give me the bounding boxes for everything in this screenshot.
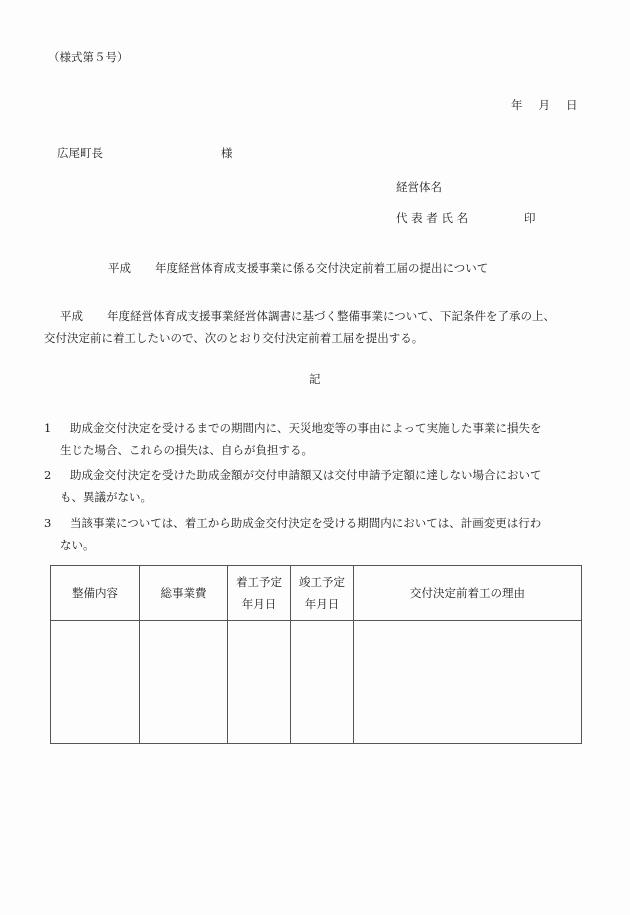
cell-completion-date[interactable] [291, 621, 354, 744]
table-header-row: 整備内容 総事業費 着工予定 年月日 竣工予定 年月日 交付決定前着工の理由 [51, 566, 582, 621]
cell-total-cost[interactable] [140, 621, 228, 744]
date-month: 月 [539, 98, 551, 112]
date-line: 年月日 [511, 100, 578, 112]
seal-label: 印 [524, 213, 536, 225]
representative-label: 代 表 者 氏 名 [396, 213, 468, 225]
cell-work-content[interactable] [51, 621, 140, 744]
body-paragraph: 平成年度経営体育成支援事業経営体調書に基づく整備事業について、下記条件を了承の上… [44, 305, 594, 349]
header-work-content: 整備内容 [51, 566, 140, 621]
table-row [51, 621, 582, 744]
body-line-1: 平成年度経営体育成支援事業経営体調書に基づく整備事業について、下記条件を了承の上… [44, 305, 594, 327]
business-name-label: 経営体名 [396, 182, 442, 194]
date-year: 年 [511, 98, 523, 112]
addressee-honorific: 様 [221, 148, 233, 160]
date-day: 日 [566, 98, 578, 112]
header-start-date: 着工予定 年月日 [228, 566, 291, 621]
header-completion-date: 竣工予定 年月日 [291, 566, 354, 621]
title-text: 年度経営体育成支援事業に係る交付決定前着工届の提出について [155, 261, 488, 275]
title-era: 平成 [108, 261, 131, 275]
condition-item: 2助成金交付決定を受けた助成金額が交付申請額又は交付申請予定額に達しない場合にお… [44, 464, 589, 508]
cell-reason[interactable] [354, 621, 582, 744]
condition-item: 3当該事業については、着工から助成金交付決定を受ける期間内においては、計画変更は… [44, 512, 589, 556]
construction-details-table: 整備内容 総事業費 着工予定 年月日 竣工予定 年月日 交付決定前着工の理由 [50, 565, 582, 744]
condition-number: 3 [44, 512, 70, 534]
header-total-cost: 総事業費 [140, 566, 228, 621]
condition-number: 2 [44, 464, 70, 486]
body-era: 平成 [60, 309, 83, 323]
addressee-name: 広尾町長 [57, 148, 103, 160]
condition-item: 1助成金交付決定を受けるまでの期間内に、天災地変等の事由によって実施した事業に損… [44, 417, 589, 461]
ki-heading: 記 [309, 374, 321, 386]
header-reason: 交付決定前着工の理由 [354, 566, 582, 621]
body-line-2: 交付決定前に着工したいので、次のとおり交付決定前着工届を提出する。 [44, 327, 594, 349]
cell-start-date[interactable] [228, 621, 291, 744]
form-number-label: （様式第５号） [48, 52, 129, 64]
document-title: 平成年度経営体育成支援事業に係る交付決定前着工届の提出について [108, 263, 488, 275]
condition-number: 1 [44, 417, 70, 439]
